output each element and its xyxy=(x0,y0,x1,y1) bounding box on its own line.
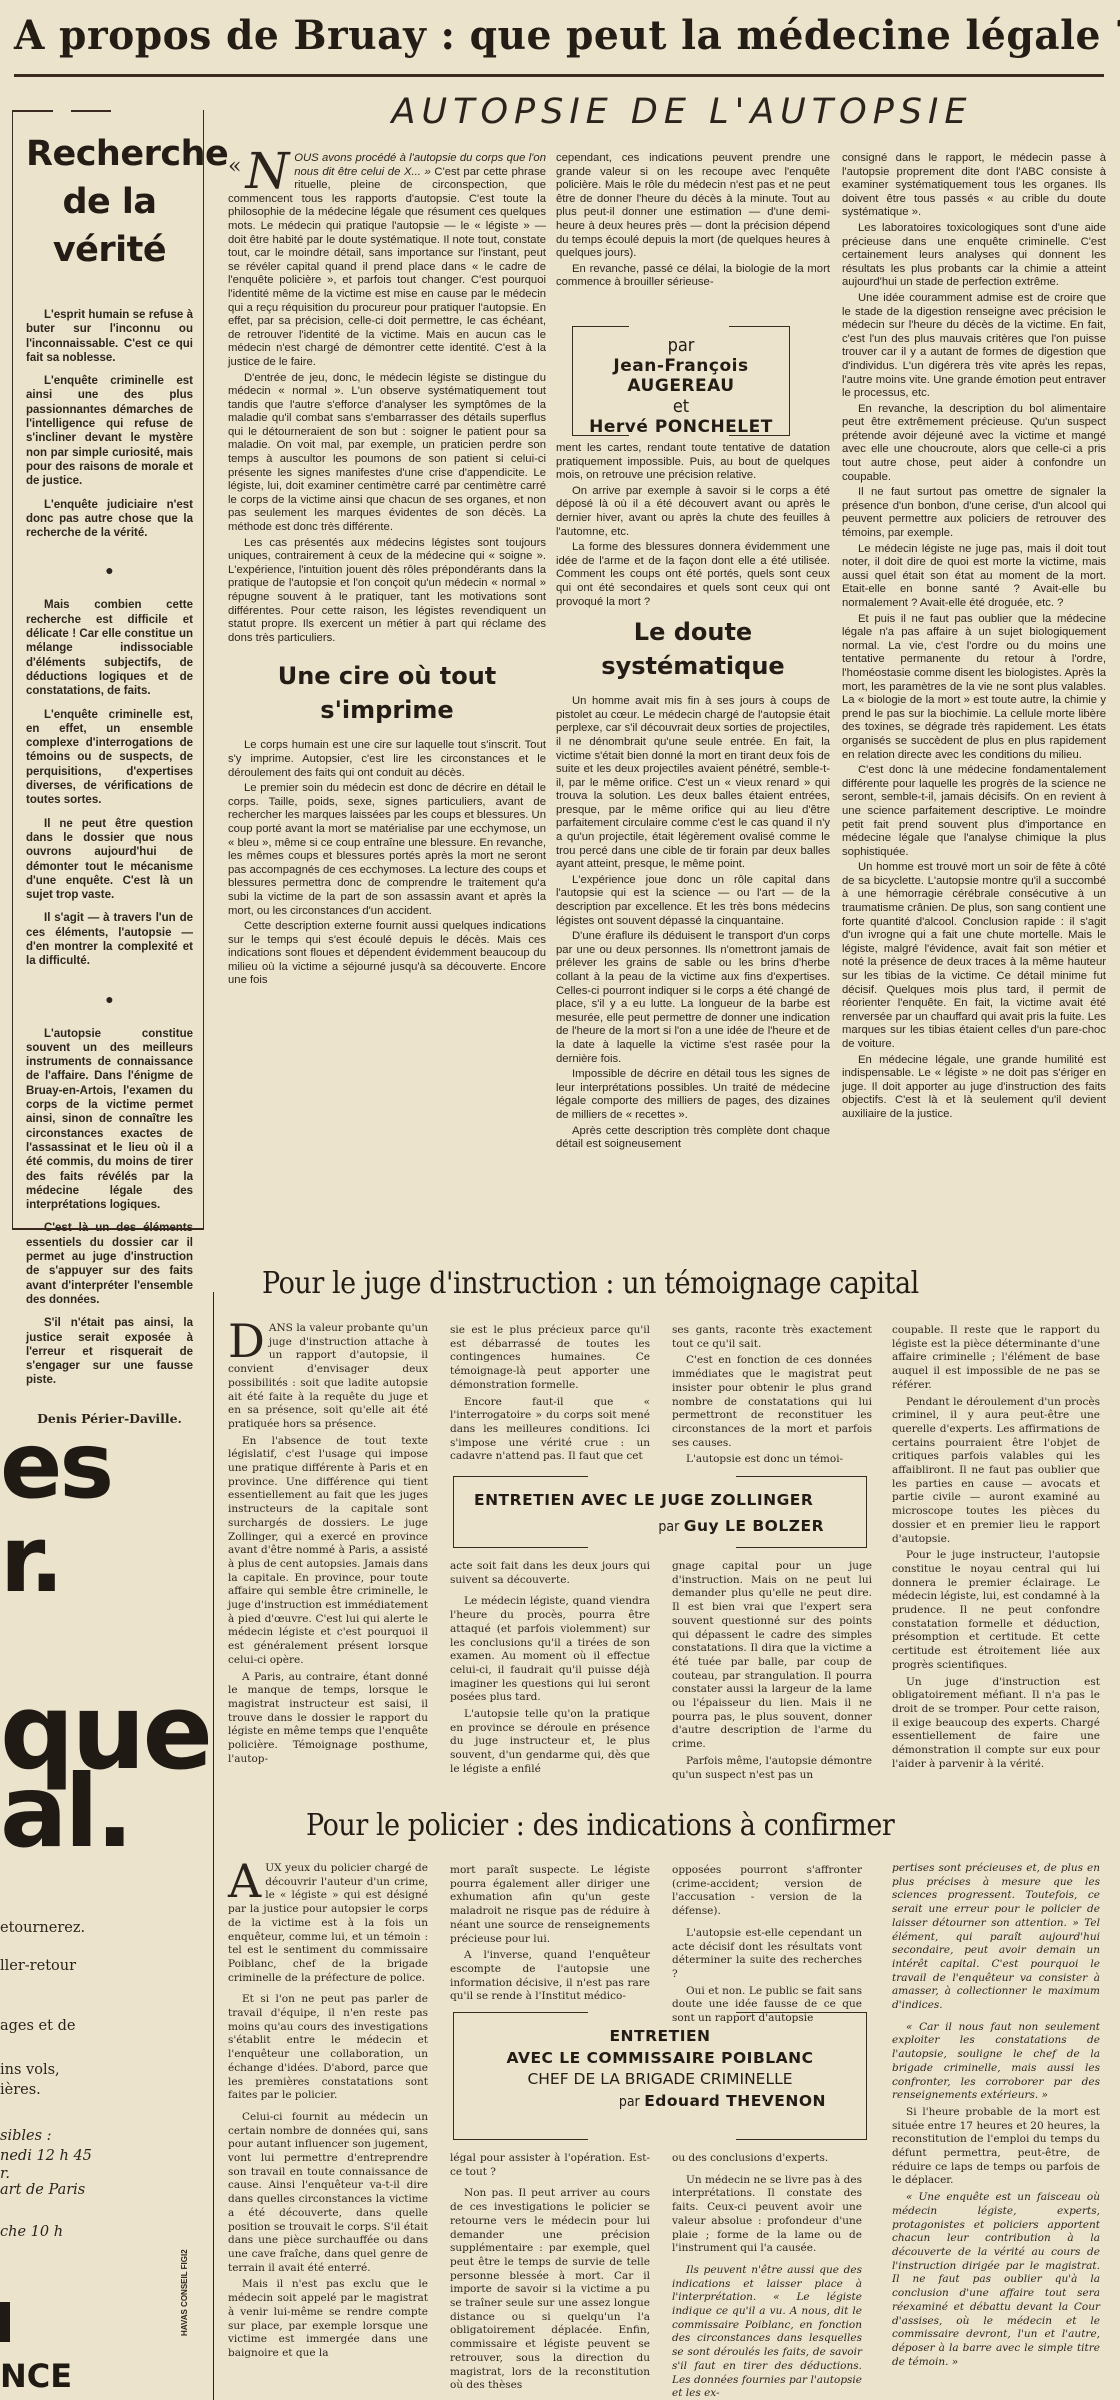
policier-column-2: mort paraît suspecte. Le légiste pourra … xyxy=(450,1864,650,2004)
bullet-separator: ● xyxy=(26,562,193,578)
interview-box-commissaire: ENTRETIEN AVEC LE COMMISSAIRE POIBLANC C… xyxy=(453,2012,867,2140)
sidebar-paragraph: L'enquête criminelle est, en effet, un e… xyxy=(26,708,193,808)
box-rule xyxy=(71,110,111,112)
paragraph: coupable. Il reste que le rapport du lég… xyxy=(892,1324,1100,1393)
advertisement: es r. que al. etournerez. ller-retour ag… xyxy=(0,1292,214,2400)
paragraph: En revanche, passé ce délai, la biologie… xyxy=(556,263,830,290)
paragraph: Il ne faut surtout pas omettre de signal… xyxy=(842,486,1106,540)
ad-headline: es xyxy=(0,1420,111,1512)
paragraph: En revanche, la description du bol alime… xyxy=(842,403,1106,485)
main-headline: A propos de Bruay : que peut la médecine… xyxy=(14,6,1084,66)
interview-par: par xyxy=(619,2094,640,2110)
paragraph: légal pour assister à l'opération. Est-c… xyxy=(450,2152,650,2179)
byline-par: par xyxy=(573,335,789,356)
paragraph: Les laboratoires toxicologiques sont d'u… xyxy=(842,222,1106,290)
paragraph: Cette description externe fournit aussi … xyxy=(228,920,546,988)
ad-schedule: sibles : xyxy=(0,2128,52,2144)
paragraph: Ils peuvent n'être aussi que des indicat… xyxy=(672,2264,862,2400)
ad-schedule: che 10 h xyxy=(0,2224,63,2240)
paragraph: gnage capital pour un juge d'instruction… xyxy=(672,1560,872,1752)
paragraph: acte soit fait dans les deux jours qui s… xyxy=(450,1560,650,1587)
drop-cap: N xyxy=(245,152,289,190)
paragraph: Mais il n'est pas exclu que le médecin s… xyxy=(228,2278,428,2360)
paragraph: consigné dans le rapport, le médecin pas… xyxy=(842,152,1106,220)
paragraph: Pendant le déroulement d'un procès crimi… xyxy=(892,1396,1100,1547)
box-rule xyxy=(13,110,53,112)
paragraph: Le médecin légiste, quand viendra l'heur… xyxy=(450,1595,650,1705)
paragraph: La forme des blessures donnera évidemmen… xyxy=(556,541,830,609)
sidebar-paragraph: L'enquête judiciaire n'est donc pas autr… xyxy=(26,498,193,541)
policier-column-1: A UX yeux du policier chargé de découvri… xyxy=(228,1862,428,2361)
ad-text: ières. xyxy=(0,2082,41,2098)
article-column-2b: ment les cartes, rendant toute tentative… xyxy=(556,442,830,1152)
paragraph: opposées pourront s'affronter (crime-acc… xyxy=(672,1864,862,1919)
juge-headline: Pour le juge d'instruction : un témoigna… xyxy=(262,1266,919,1301)
sidebar-paragraph: L'autopsie constitue souvent un des meil… xyxy=(26,1027,193,1213)
byline-et: et xyxy=(573,396,789,417)
paragraph: Et si l'on ne peut pas parler de travail… xyxy=(228,1993,428,2103)
paragraph: L'autopsie est donc un témoi- xyxy=(672,1453,872,1467)
paragraph: Impossible de décrire en détail tous les… xyxy=(556,1068,830,1122)
article-column-3: consigné dans le rapport, le médecin pas… xyxy=(842,152,1106,1122)
paragraph: Parfois même, l'autopsie démontre qu'un … xyxy=(672,1755,872,1782)
subhead-doute: Le doute systématique xyxy=(556,615,830,683)
paragraph: Le corps humain est une cire sur laquell… xyxy=(228,739,546,780)
sidebar-paragraph: L'enquête criminelle est ainsi une des p… xyxy=(26,374,193,488)
interview-author: Edouard THEVENON xyxy=(644,2092,826,2110)
paragraph: Les cas présentés aux médecins légistes … xyxy=(228,537,546,646)
paragraph: ses gants, raconte très exactement tout … xyxy=(672,1324,872,1351)
paragraph: ou des conclusions d'experts. xyxy=(672,2152,862,2166)
interview-title: ENTRETIEN AVEC LE JUGE ZOLLINGER xyxy=(474,1491,813,1509)
paragraph: ment les cartes, rendant toute tentative… xyxy=(556,442,830,483)
juge-column-1: D ANS la valeur probante qu'un juge d'in… xyxy=(228,1322,428,1767)
open-quote: « xyxy=(228,152,241,182)
paragraph: C'est par cette phrase rituelle, pleine … xyxy=(228,166,546,368)
sidebar-paragraph: L'esprit humain se refuse à buter sur l'… xyxy=(26,308,193,365)
paragraph: On arrive par exemple à savoir si le cor… xyxy=(556,485,830,539)
juge-column-4: coupable. Il reste que le rapport du lég… xyxy=(892,1324,1100,1772)
ad-text: ages et de xyxy=(0,2018,75,2034)
policier-column-2b: légal pour assister à l'opération. Est-c… xyxy=(450,2152,650,2393)
ad-headline: r. xyxy=(0,1514,61,1606)
ad-text: ins vols, xyxy=(0,2062,60,2078)
paragraph: « Une enquête est un faisceau où médecin… xyxy=(892,2191,1100,2369)
article-column-2: cependant, ces indications peuvent prend… xyxy=(556,152,830,290)
sidebar-paragraph: Mais combien cette recherche est diffici… xyxy=(26,598,193,698)
kicker-title: AUTOPSIE DE L'AUTOPSIE xyxy=(372,92,992,132)
paragraph: Non pas. Il peut arriver au cours de ces… xyxy=(450,2187,650,2393)
paragraph: C'est en fonction de ces données immédia… xyxy=(672,1354,872,1450)
ad-schedule: art de Paris xyxy=(0,2182,85,2198)
paragraph: D'une éraflure ils déduisent le transpor… xyxy=(556,930,830,1066)
interview-author: Guy LE BOLZER xyxy=(684,1517,824,1535)
paragraph: Un médecin ne se livre pas à des interpr… xyxy=(672,2174,862,2256)
interview-title: ENTRETIEN xyxy=(454,2027,866,2045)
paragraph: Après cette description très complète do… xyxy=(556,1125,830,1152)
paragraph: En médecine légale, une grande humilité … xyxy=(842,1054,1106,1122)
paragraph: Un homme est trouvé mort un soir de fête… xyxy=(842,861,1106,1051)
drop-cap: A xyxy=(228,1862,261,1900)
sidebar-paragraph: Il ne peut être question dans le dossier… xyxy=(26,817,193,903)
byline-box: par Jean-François AUGEREAU et Hervé PONC… xyxy=(572,326,790,436)
juge-column-3: ses gants, raconte très exactement tout … xyxy=(672,1324,872,1467)
article-lead: « N OUS avons procédé à l'autopsie du co… xyxy=(228,152,546,370)
paragraph: En l'absence de tout texte législatif, c… xyxy=(228,1435,428,1668)
juge-column-3b: gnage capital pour un juge d'instruction… xyxy=(672,1560,872,1782)
paragraph: Encore faut-il que « l'interrogatoire » … xyxy=(450,1396,650,1465)
ad-text: etournerez. xyxy=(0,1920,85,1936)
paragraph: A Paris, au contraire, étant donné le ma… xyxy=(228,1671,428,1767)
paragraph: L'autopsie telle qu'on la pratique en pr… xyxy=(450,1708,650,1777)
paragraph: mort paraît suspecte. Le légiste pourra … xyxy=(450,1864,650,1946)
paragraph: cependant, ces indications peuvent prend… xyxy=(556,152,830,261)
ad-logo-block xyxy=(0,2302,10,2342)
ad-headline: al. xyxy=(0,1762,131,1862)
byline-author: Jean-François AUGEREAU xyxy=(573,356,789,396)
sidebar-title: Recherche de la vérité xyxy=(26,130,193,274)
paragraph: Et puis il ne faut pas oublier que la mé… xyxy=(842,613,1106,763)
policier-column-3: opposées pourront s'affronter (crime-acc… xyxy=(672,1864,862,2026)
paragraph: L'expérience joue donc un rôle capital d… xyxy=(556,874,830,928)
sidebar-bottom-rule xyxy=(12,1228,204,1230)
interview-title: AVEC LE COMMISSAIRE POIBLANC xyxy=(454,2049,866,2067)
paragraph: pertises sont précieuses et, de plus en … xyxy=(892,1862,1100,2013)
policier-column-3b: ou des conclusions d'experts. Un médecin… xyxy=(672,2152,862,2400)
paragraph: Un homme avait mis fin à ses jours à cou… xyxy=(556,695,830,872)
policier-headline: Pour le policier : des indications à con… xyxy=(306,1808,894,1843)
headline-rule xyxy=(14,74,1104,77)
editorial-sidebar: Recherche de la vérité L'esprit humain s… xyxy=(12,110,204,1228)
paragraph: Le médecin légiste ne juge pas, mais il … xyxy=(842,543,1106,611)
interview-par: par xyxy=(658,1519,679,1535)
paragraph: L'autopsie est-elle cependant un acte dé… xyxy=(672,1927,862,1982)
paragraph: A l'inverse, quand l'enquêteur escompte … xyxy=(450,1949,650,2004)
paragraph: « Car il nous faut non seulement exploit… xyxy=(892,2021,1100,2103)
paragraph: Un juge d'instruction est obligatoiremen… xyxy=(892,1676,1100,1772)
bullet-separator: ● xyxy=(26,991,193,1007)
ad-schedule: nedi 12 h 45 xyxy=(0,2148,92,2164)
ad-text: ller-retour xyxy=(0,1958,76,1974)
interview-subtitle: CHEF DE LA BRIGADE CRIMINELLE xyxy=(454,2070,866,2088)
sidebar-paragraph: Il s'agit — à travers l'un de ces élémen… xyxy=(26,911,193,968)
paragraph: sie est le plus précieux parce qu'il est… xyxy=(450,1324,650,1393)
juge-column-2: sie est le plus précieux parce qu'il est… xyxy=(450,1324,650,1464)
ad-credit: HAVAS CONSEIL FIGI2 xyxy=(180,2249,189,2336)
paragraph: D'entrée de jeu, donc, le médecin légist… xyxy=(228,372,546,535)
paragraph: Le premier soin du médecin est donc de d… xyxy=(228,782,546,918)
drop-cap: D xyxy=(228,1322,265,1360)
paragraph: C'est donc là une médecine fondamentalem… xyxy=(842,764,1106,859)
ad-schedule: r. xyxy=(0,2166,10,2182)
interview-box-juge: ENTRETIEN AVEC LE JUGE ZOLLINGER par Guy… xyxy=(453,1476,867,1548)
paragraph: Une idée couramment admise est de croire… xyxy=(842,292,1106,401)
paragraph: Pour le juge instructeur, l'autopsie con… xyxy=(892,1549,1100,1672)
juge-column-2b: acte soit fait dans les deux jours qui s… xyxy=(450,1560,650,1777)
policier-column-4: pertises sont précieuses et, de plus en … xyxy=(892,1862,1100,2369)
ad-brand: NCE xyxy=(0,2360,72,2392)
paragraph: Si l'heure probable de la mort est situé… xyxy=(892,2106,1100,2188)
subhead-cire: Une cire où tout s'imprime xyxy=(228,659,546,727)
paragraph: Celui-ci fournit au médecin un certain n… xyxy=(228,2111,428,2275)
article-column-1: « N OUS avons procédé à l'autopsie du co… xyxy=(228,152,546,988)
